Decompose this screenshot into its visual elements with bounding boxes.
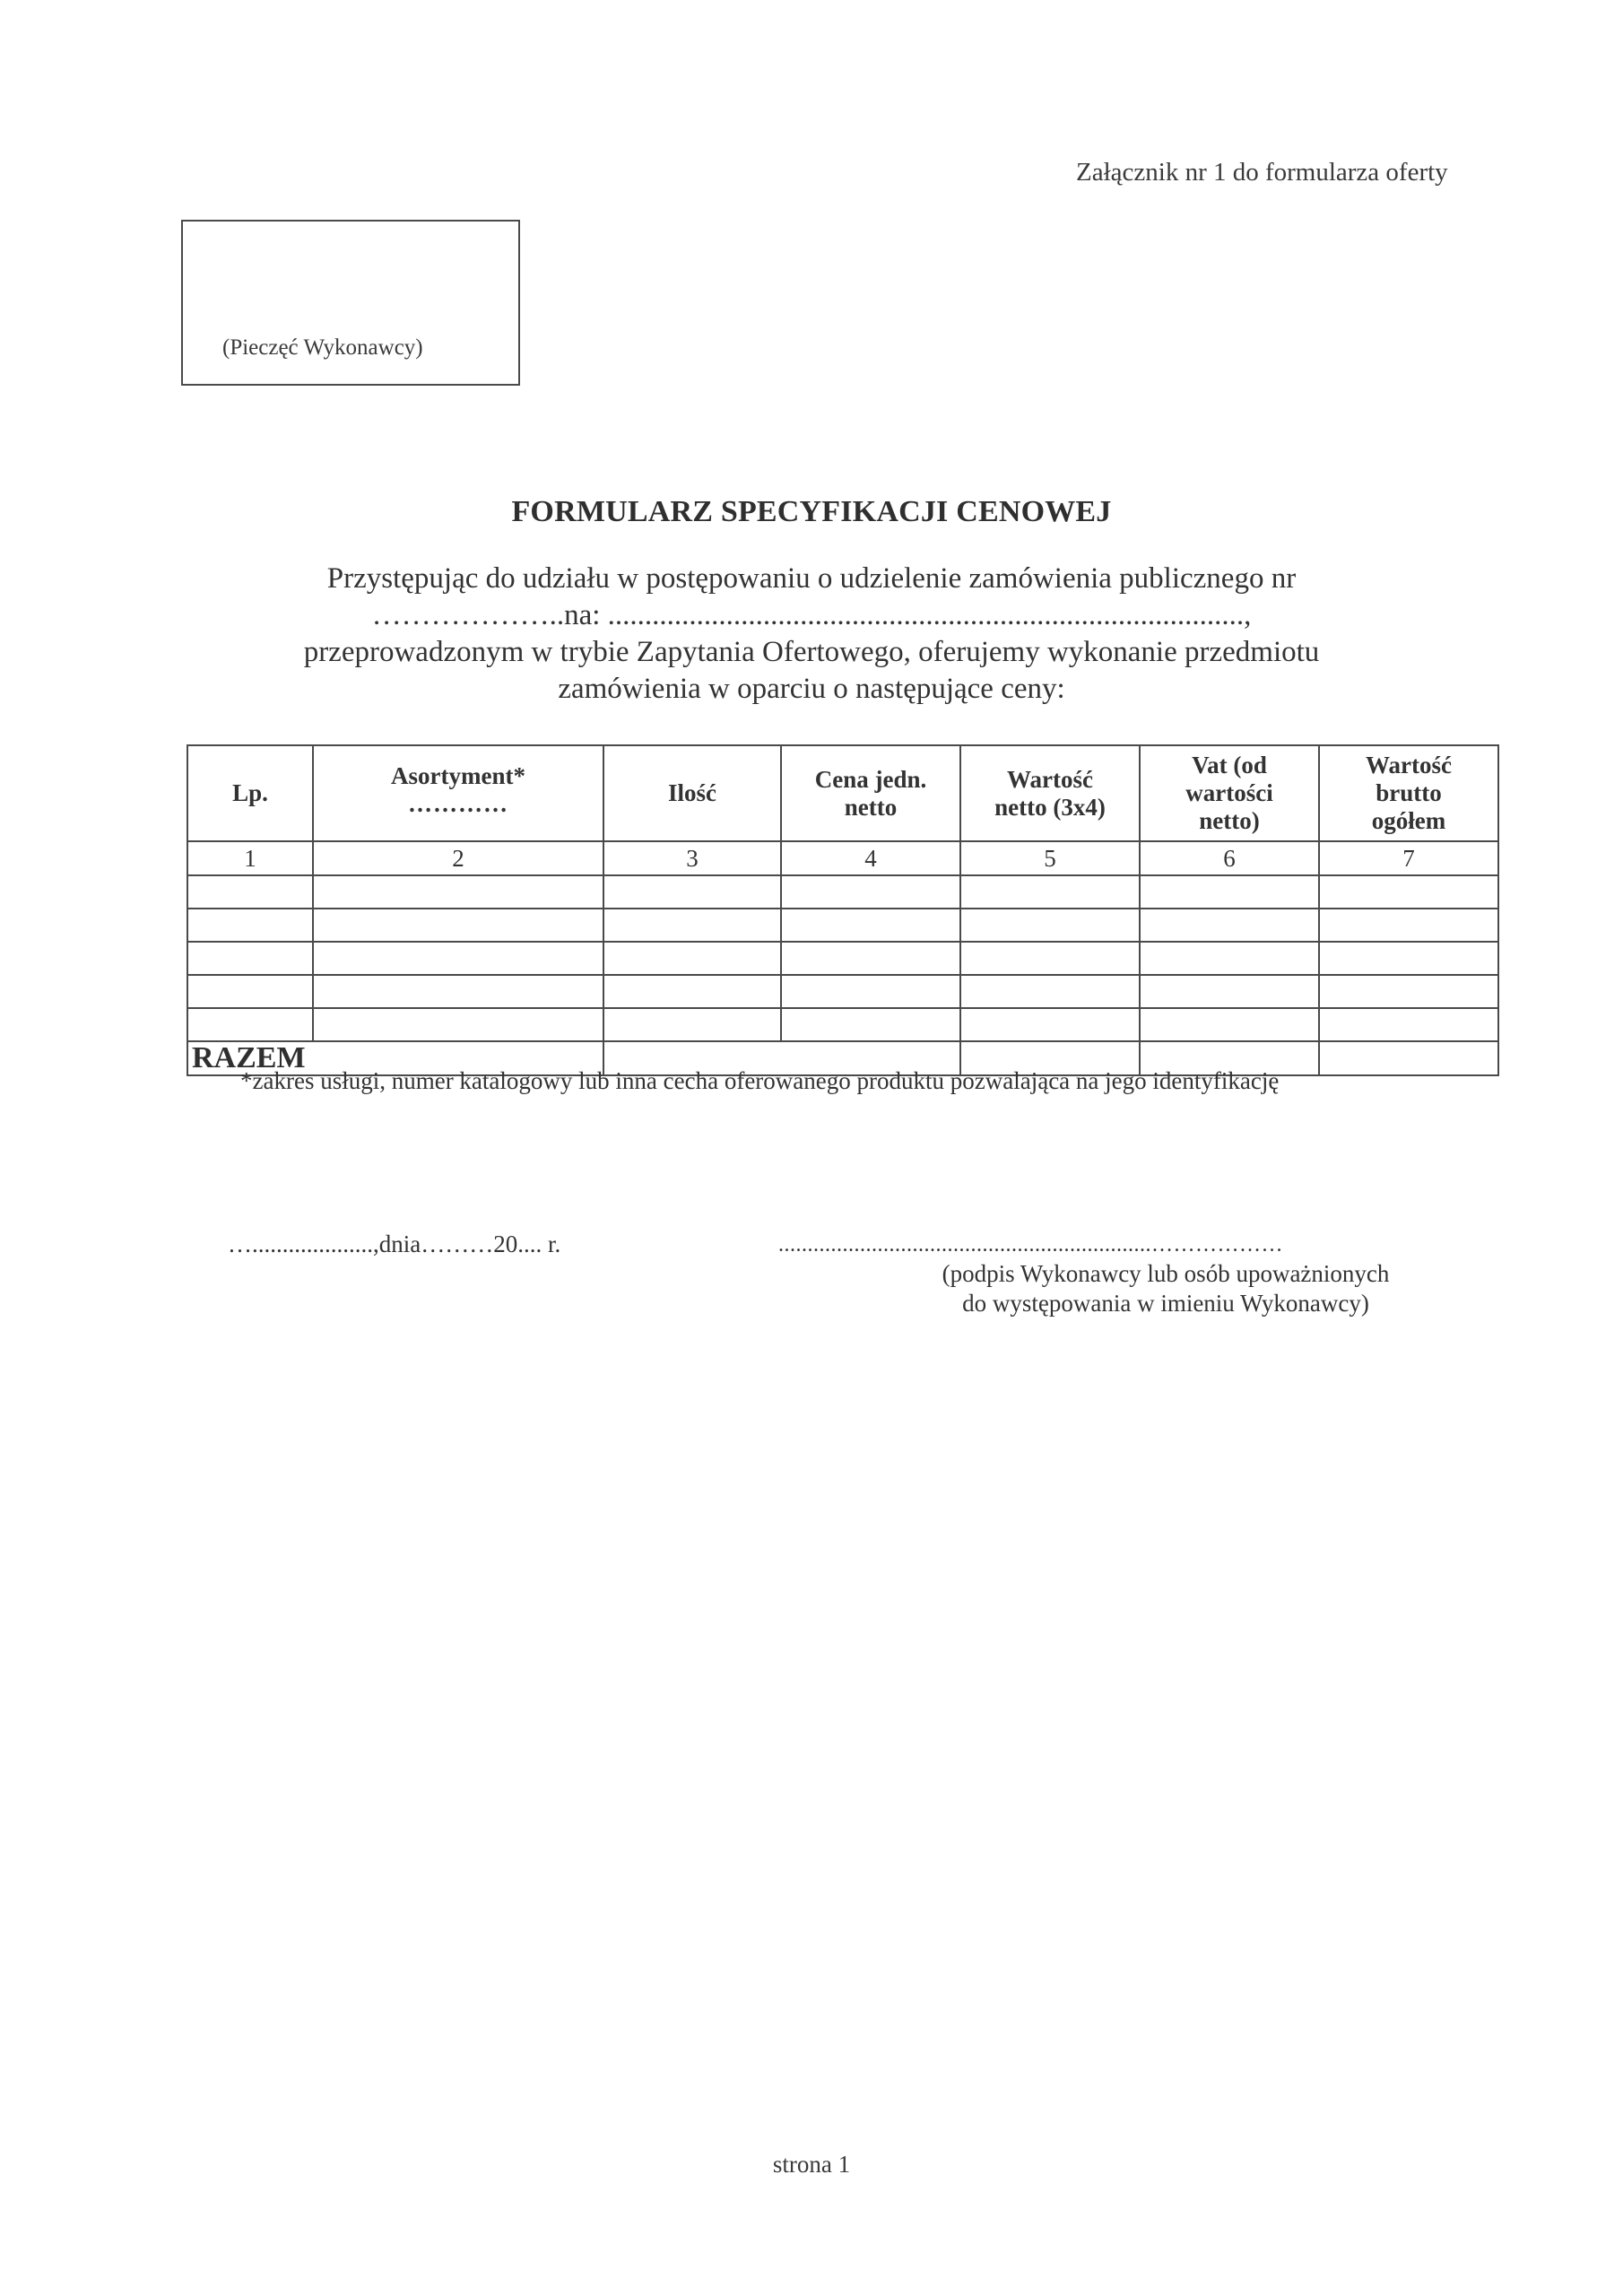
cell-lp[interactable] [187,909,313,942]
cell-assortment[interactable] [313,909,603,942]
cell-vat[interactable] [1140,1008,1319,1041]
header-lp: Lp. [187,745,313,841]
column-number: 4 [781,841,960,875]
cell-net-value[interactable] [960,975,1140,1008]
cell-lp[interactable] [187,1008,313,1041]
intro-line-2-order-number[interactable]: ………………..na: ............................… [215,597,1408,634]
column-number: 5 [960,841,1140,875]
header-vat: Vat (od wartości netto) [1140,745,1319,841]
cell-lp[interactable] [187,975,313,1008]
cell-unit-price[interactable] [781,975,960,1008]
table-row [187,909,1498,942]
cell-unit-price[interactable] [781,909,960,942]
table-row [187,942,1498,975]
cell-assortment[interactable] [313,1008,603,1041]
cell-vat[interactable] [1140,975,1319,1008]
form-title: FORMULARZ SPECYFIKACJI CENOWEJ [0,495,1623,529]
header-gross-value: Wartość brutto ogółem [1319,745,1498,841]
table-row [187,975,1498,1008]
header-quantity: Ilość [603,745,781,841]
page-number: strona 1 [0,2151,1623,2179]
contractor-stamp-box: (Pieczęć Wykonawcy) [181,220,520,386]
intro-line-1: Przystępując do udziału w postępowaniu o… [215,561,1408,597]
stamp-label: (Pieczęć Wykonawcy) [222,335,423,361]
cell-quantity[interactable] [603,909,781,942]
column-number: 7 [1319,841,1498,875]
cell-gross-value[interactable] [1319,1008,1498,1041]
place-date-field[interactable]: …....................,dnia………20.... r. [228,1231,560,1258]
cell-net-value[interactable] [960,909,1140,942]
cell-vat[interactable] [1140,942,1319,975]
total-gross-value-cell[interactable] [1319,1041,1498,1075]
column-number-row: 1 2 3 4 5 6 7 [187,841,1498,875]
cell-quantity[interactable] [603,942,781,975]
cell-unit-price[interactable] [781,1008,960,1041]
intro-line-4: zamówienia w oparciu o następujące ceny: [215,671,1408,708]
cell-net-value[interactable] [960,942,1140,975]
intro-paragraph: Przystępując do udziału w postępowaniu o… [215,561,1408,708]
cell-assortment[interactable] [313,875,603,909]
signature-caption-line-2: do występowania w imieniu Wykonawcy) [861,1289,1471,1318]
cell-gross-value[interactable] [1319,975,1498,1008]
cell-gross-value[interactable] [1319,909,1498,942]
cell-unit-price[interactable] [781,942,960,975]
signature-caption: (podpis Wykonawcy lub osób upoważnionych… [861,1259,1471,1318]
cell-net-value[interactable] [960,875,1140,909]
column-number: 6 [1140,841,1319,875]
cell-vat[interactable] [1140,909,1319,942]
cell-gross-value[interactable] [1319,875,1498,909]
column-number: 2 [313,841,603,875]
cell-assortment[interactable] [313,975,603,1008]
assortment-footnote: *zakres usługi, numer katalogowy lub inn… [240,1067,1279,1095]
cell-vat[interactable] [1140,875,1319,909]
column-number: 3 [603,841,781,875]
cell-quantity[interactable] [603,875,781,909]
signature-caption-line-1: (podpis Wykonawcy lub osób upoważnionych [861,1259,1471,1289]
header-net-value: Wartość netto (3x4) [960,745,1140,841]
column-number: 1 [187,841,313,875]
cell-quantity[interactable] [603,1008,781,1041]
table-row [187,875,1498,909]
intro-line-3: przeprowadzonym w trybie Zapytania Ofert… [215,634,1408,671]
cell-lp[interactable] [187,942,313,975]
header-unit-price-net: Cena jedn. netto [781,745,960,841]
cell-gross-value[interactable] [1319,942,1498,975]
cell-lp[interactable] [187,875,313,909]
cell-net-value[interactable] [960,1008,1140,1041]
attachment-label: Załącznik nr 1 do formularza oferty [1076,158,1448,187]
signature-line[interactable]: ........................................… [778,1233,1283,1257]
cell-assortment[interactable] [313,942,603,975]
cell-unit-price[interactable] [781,875,960,909]
cell-quantity[interactable] [603,975,781,1008]
price-specification-table: Lp. Asortyment* ………… Ilość Cena jedn. ne… [187,744,1499,1076]
header-assortment: Asortyment* ………… [313,745,603,841]
table-row [187,1008,1498,1041]
table-header-row: Lp. Asortyment* ………… Ilość Cena jedn. ne… [187,745,1498,841]
